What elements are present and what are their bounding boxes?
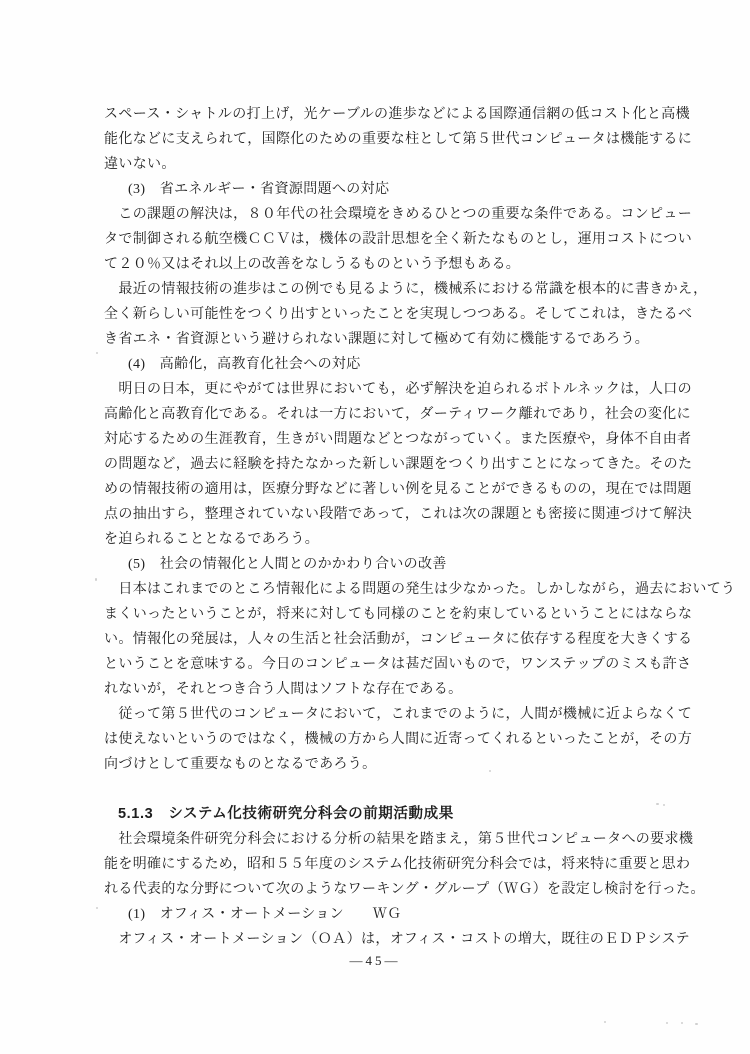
list-item-line: (4) 高齢化，高教育化社会への対応 [104,352,690,377]
scan-noise-speck [95,578,97,581]
list-item-line: (1) オフィス・オートメーション ＷＧ [104,902,690,927]
text-line: 向づけとして重要なものとなるであろう。 [104,752,690,777]
text-line: き省エネ・省資源という避けられない課題に対して極めて有効に機能するであろう。 [104,327,690,352]
text-line: 高齢化と高教育化である。それは一方において，ダーティワーク離れであり，社会の変化… [104,402,690,427]
document-body: スペース・シャトルの打上げ，光ケーブルの進歩などによる国際通信網の低コスト化と高… [104,102,690,952]
text-line: 対応するための生涯教育，生きがい問題などとつながっていく。また医療や，身体不自由… [104,427,690,452]
scan-noise-speck [656,803,659,805]
list-item-line: (5) 社会の情報化と人間とのかかわり合いの改善 [104,552,690,577]
text-line: 従って第５世代のコンピュータにおいて，これまでのように，人間が機械に近よらなくて [104,702,690,727]
scan-noise-speck [96,352,98,354]
scan-noise-speck [681,1022,683,1024]
scan-noise-speck [604,1021,606,1023]
section-heading: 5.1.3 システム化技術研究分科会の前期活動成果 [104,802,690,827]
blank-line [104,777,690,802]
document-page: スペース・シャトルの打上げ，光ケーブルの進歩などによる国際通信網の低コスト化と高… [0,0,750,1054]
text-line: 明日の日本，更にやがては世界においても，必ず解決を迫られるボトルネックは，人口の [104,377,690,402]
text-line: ということを意味する。今日のコンピュータは甚だ固いもので，ワンステップのミスも許… [104,652,690,677]
text-line: れないが，それとつき合う人間はソフトな存在である。 [104,677,690,702]
scan-noise-speck [663,804,665,806]
text-line: この課題の解決は，８０年代の社会環境をきめるひとつの重要な条件である。コンピュー [104,202,690,227]
text-line: 能化などに支えられて，国際化のための重要な柱として第５世代コンピュータは機能する… [104,127,690,152]
scan-noise-speck [695,1023,698,1025]
text-line: 能を明確にするため，昭和５５年度のシステム化技術研究分科会では，将来特に重要と思… [104,852,690,877]
text-line: スペース・シャトルの打上げ，光ケーブルの進歩などによる国際通信網の低コスト化と高… [104,102,690,127]
text-line: の問題など，過去に経験を持たなかった新しい課題をつくり出すことになってきた。その… [104,452,690,477]
scan-noise-speck [489,770,491,772]
scan-noise-speck [96,907,98,909]
page-number: ―45― [0,953,750,969]
list-item-line: (3) 省エネルギー・省資源問題への対応 [104,177,690,202]
scan-noise-speck [666,1022,668,1024]
text-line: を迫られることとなるであろう。 [104,527,690,552]
text-line: 最近の情報技術の進歩はこの例でも見るように，機械系における常識を根本的に書きかえ… [104,277,690,302]
text-line: オフィス・オートメーション（ＯＡ）は，オフィス・コストの増大，既往のＥＤＰシステ [104,927,690,952]
text-line: は使えないというのではなく，機械の方から人間に近寄ってくれるといったことが，その… [104,727,690,752]
text-line: 社会環境条件研究分科会における分析の結果を踏まえ，第５世代コンピュータへの要求機 [104,827,690,852]
text-line: タで制御される航空機ＣＣＶは，機体の設計思想を全く新たなものとし，運用コストにつ… [104,227,690,252]
text-line: まくいったということが，将来に対しても同様のことを約束しているということにはなら… [104,602,690,627]
text-line: 違いない。 [104,152,690,177]
text-line: 点の抽出すら，整理されていない段階であって，これは次の課題とも密接に関連づけて解… [104,502,690,527]
text-line: れる代表的な分野について次のようなワーキング・グループ（ＷＧ）を設定し検討を行っ… [104,877,690,902]
text-line: 全く新らしい可能性をつくり出すといったことを実現しつつある。そしてこれは，きたる… [104,302,690,327]
text-line: い。情報化の発展は，人々の生活と社会活動が，コンピュータに依存する程度を大きくす… [104,627,690,652]
text-line: て２０％又はそれ以上の改善をなしうるものという予想もある。 [104,252,690,277]
text-line: 日本はこれまでのところ情報化による問題の発生は少なかった。しかしながら，過去にお… [104,577,690,602]
text-line: めの情報技術の適用は，医療分野などに著しい例を見ることができるものの，現在では問… [104,477,690,502]
